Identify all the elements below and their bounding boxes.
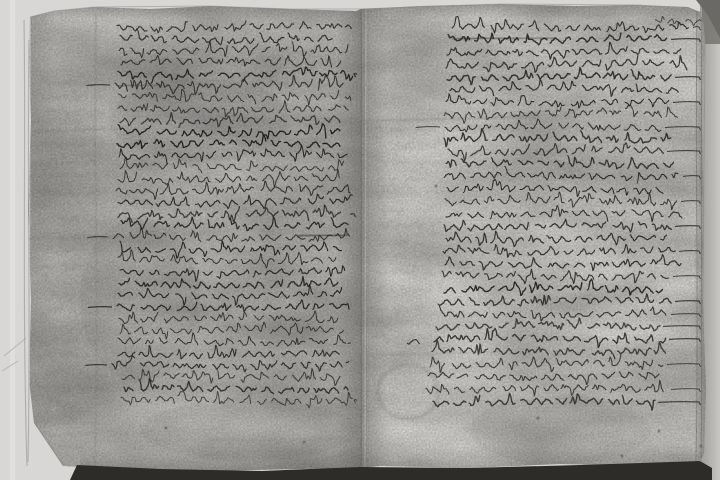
manuscript-scan-photo — [0, 0, 720, 480]
background-streak — [10, 0, 15, 480]
paper-spread — [28, 0, 708, 480]
scan-canvas — [0, 0, 720, 480]
paper-grain-texture — [28, 0, 708, 474]
paper-grain-overlay — [28, 0, 708, 474]
